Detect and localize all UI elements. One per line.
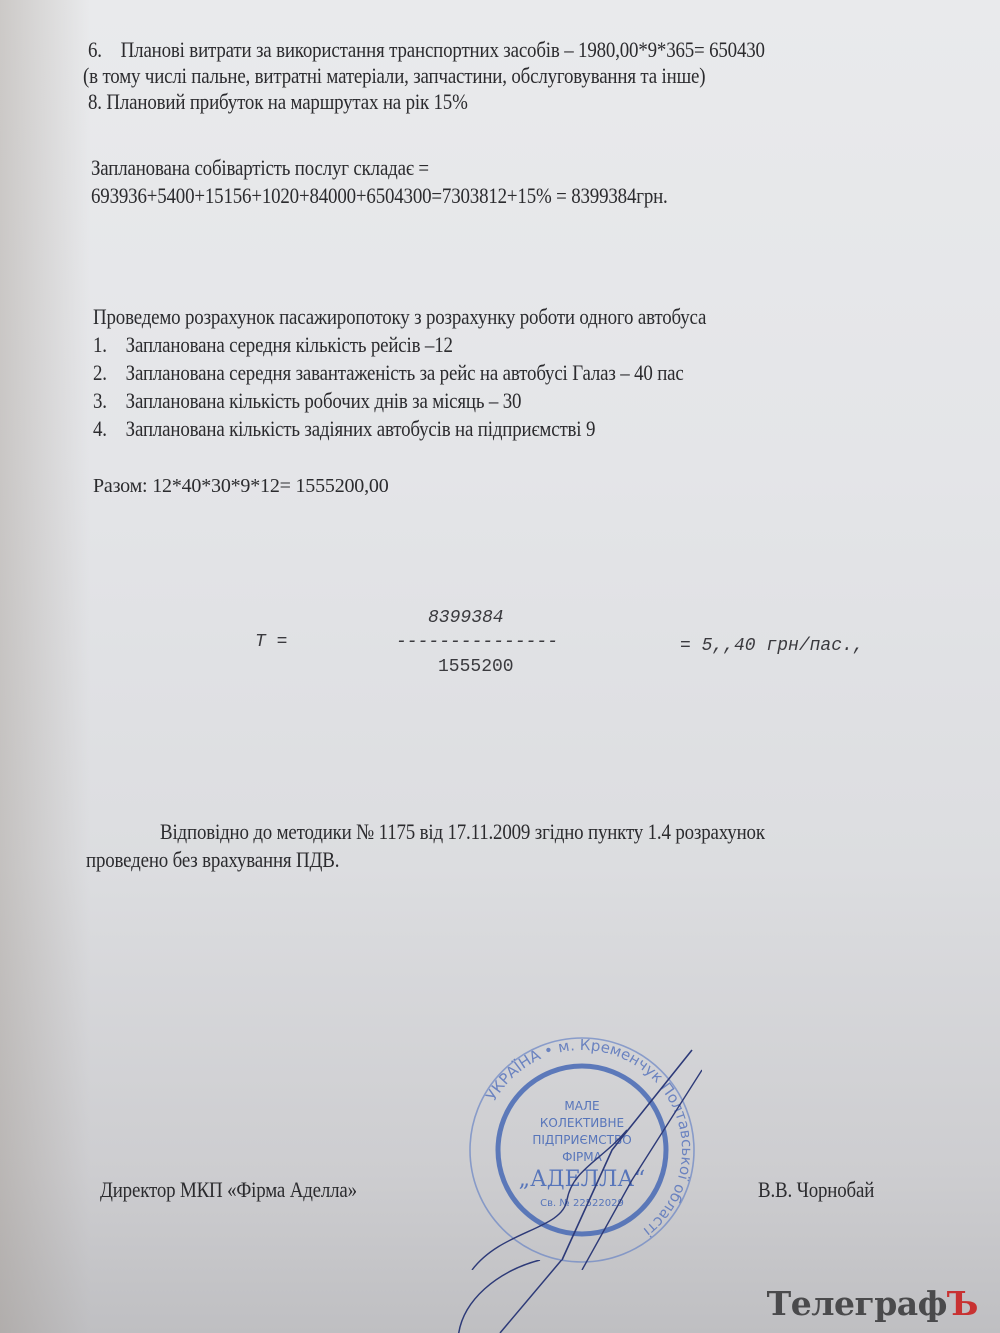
page-shadow [0, 0, 90, 1333]
tariff-divider: --------------- [396, 632, 558, 652]
item-6-line-1: 6.Планові витрати за використання трансп… [88, 36, 765, 64]
stamp-line-4: ФІРМА [562, 1150, 602, 1164]
stamp-line-1: МАЛЕ [564, 1099, 599, 1113]
item-6-text: Планові витрати за використання транспор… [121, 37, 765, 62]
signature-tail [440, 1260, 600, 1333]
passenger-heading: Проведемо розрахунок пасажиропотоку з ро… [93, 303, 706, 331]
cost-formula: 693936+5400+15156+1020+84000+6504300=730… [91, 182, 668, 210]
methodology-line-2: проведено без врахування ПДВ. [86, 846, 339, 874]
item-6-number: 6. [88, 36, 121, 64]
signature-name: В.В. Чорнобай [758, 1176, 874, 1204]
cost-heading: Запланована собівартість послуг складає … [91, 154, 429, 182]
tariff-result: = 5,,40 грн/пас., [680, 636, 864, 656]
stamp-line-5: „АДЕЛЛА“ [519, 1167, 646, 1192]
telegraf-watermark: ТелеграфЪ [767, 1284, 978, 1323]
item-6-line-2: (в тому числі пальне, витратні матеріали… [83, 62, 705, 90]
company-stamp: УКРАЇНА • м. Кременчук Полтавської облас… [462, 1030, 702, 1270]
item-8: 8. Плановий прибуток на маршрутах на рік… [88, 88, 468, 116]
methodology-line-1: Відповідно до методики № 1175 від 17.11.… [160, 818, 765, 846]
stamp-line-2: КОЛЕКТИВНЕ [540, 1116, 624, 1130]
passenger-item: 3.Запланована кількість робочих днів за … [93, 387, 521, 415]
passenger-item: 1.Запланована середня кількість рейсів –… [93, 331, 453, 359]
total-line: Разом: 12*40*30*9*12= 1555200,00 [93, 472, 389, 500]
tariff-denominator: 1555200 [438, 657, 514, 677]
watermark-accent: Ъ [947, 1284, 978, 1323]
tariff-numerator: 8399384 [428, 608, 504, 628]
tariff-label: T = [255, 632, 287, 652]
stamp-code: Св. № 22522029 [540, 1198, 624, 1209]
passenger-item: 4.Запланована кількість задіяних автобус… [93, 415, 595, 443]
passenger-item: 2.Запланована середня завантаженість за … [93, 359, 684, 387]
signature-position: Директор МКП «Фірма Аделла» [100, 1176, 357, 1204]
